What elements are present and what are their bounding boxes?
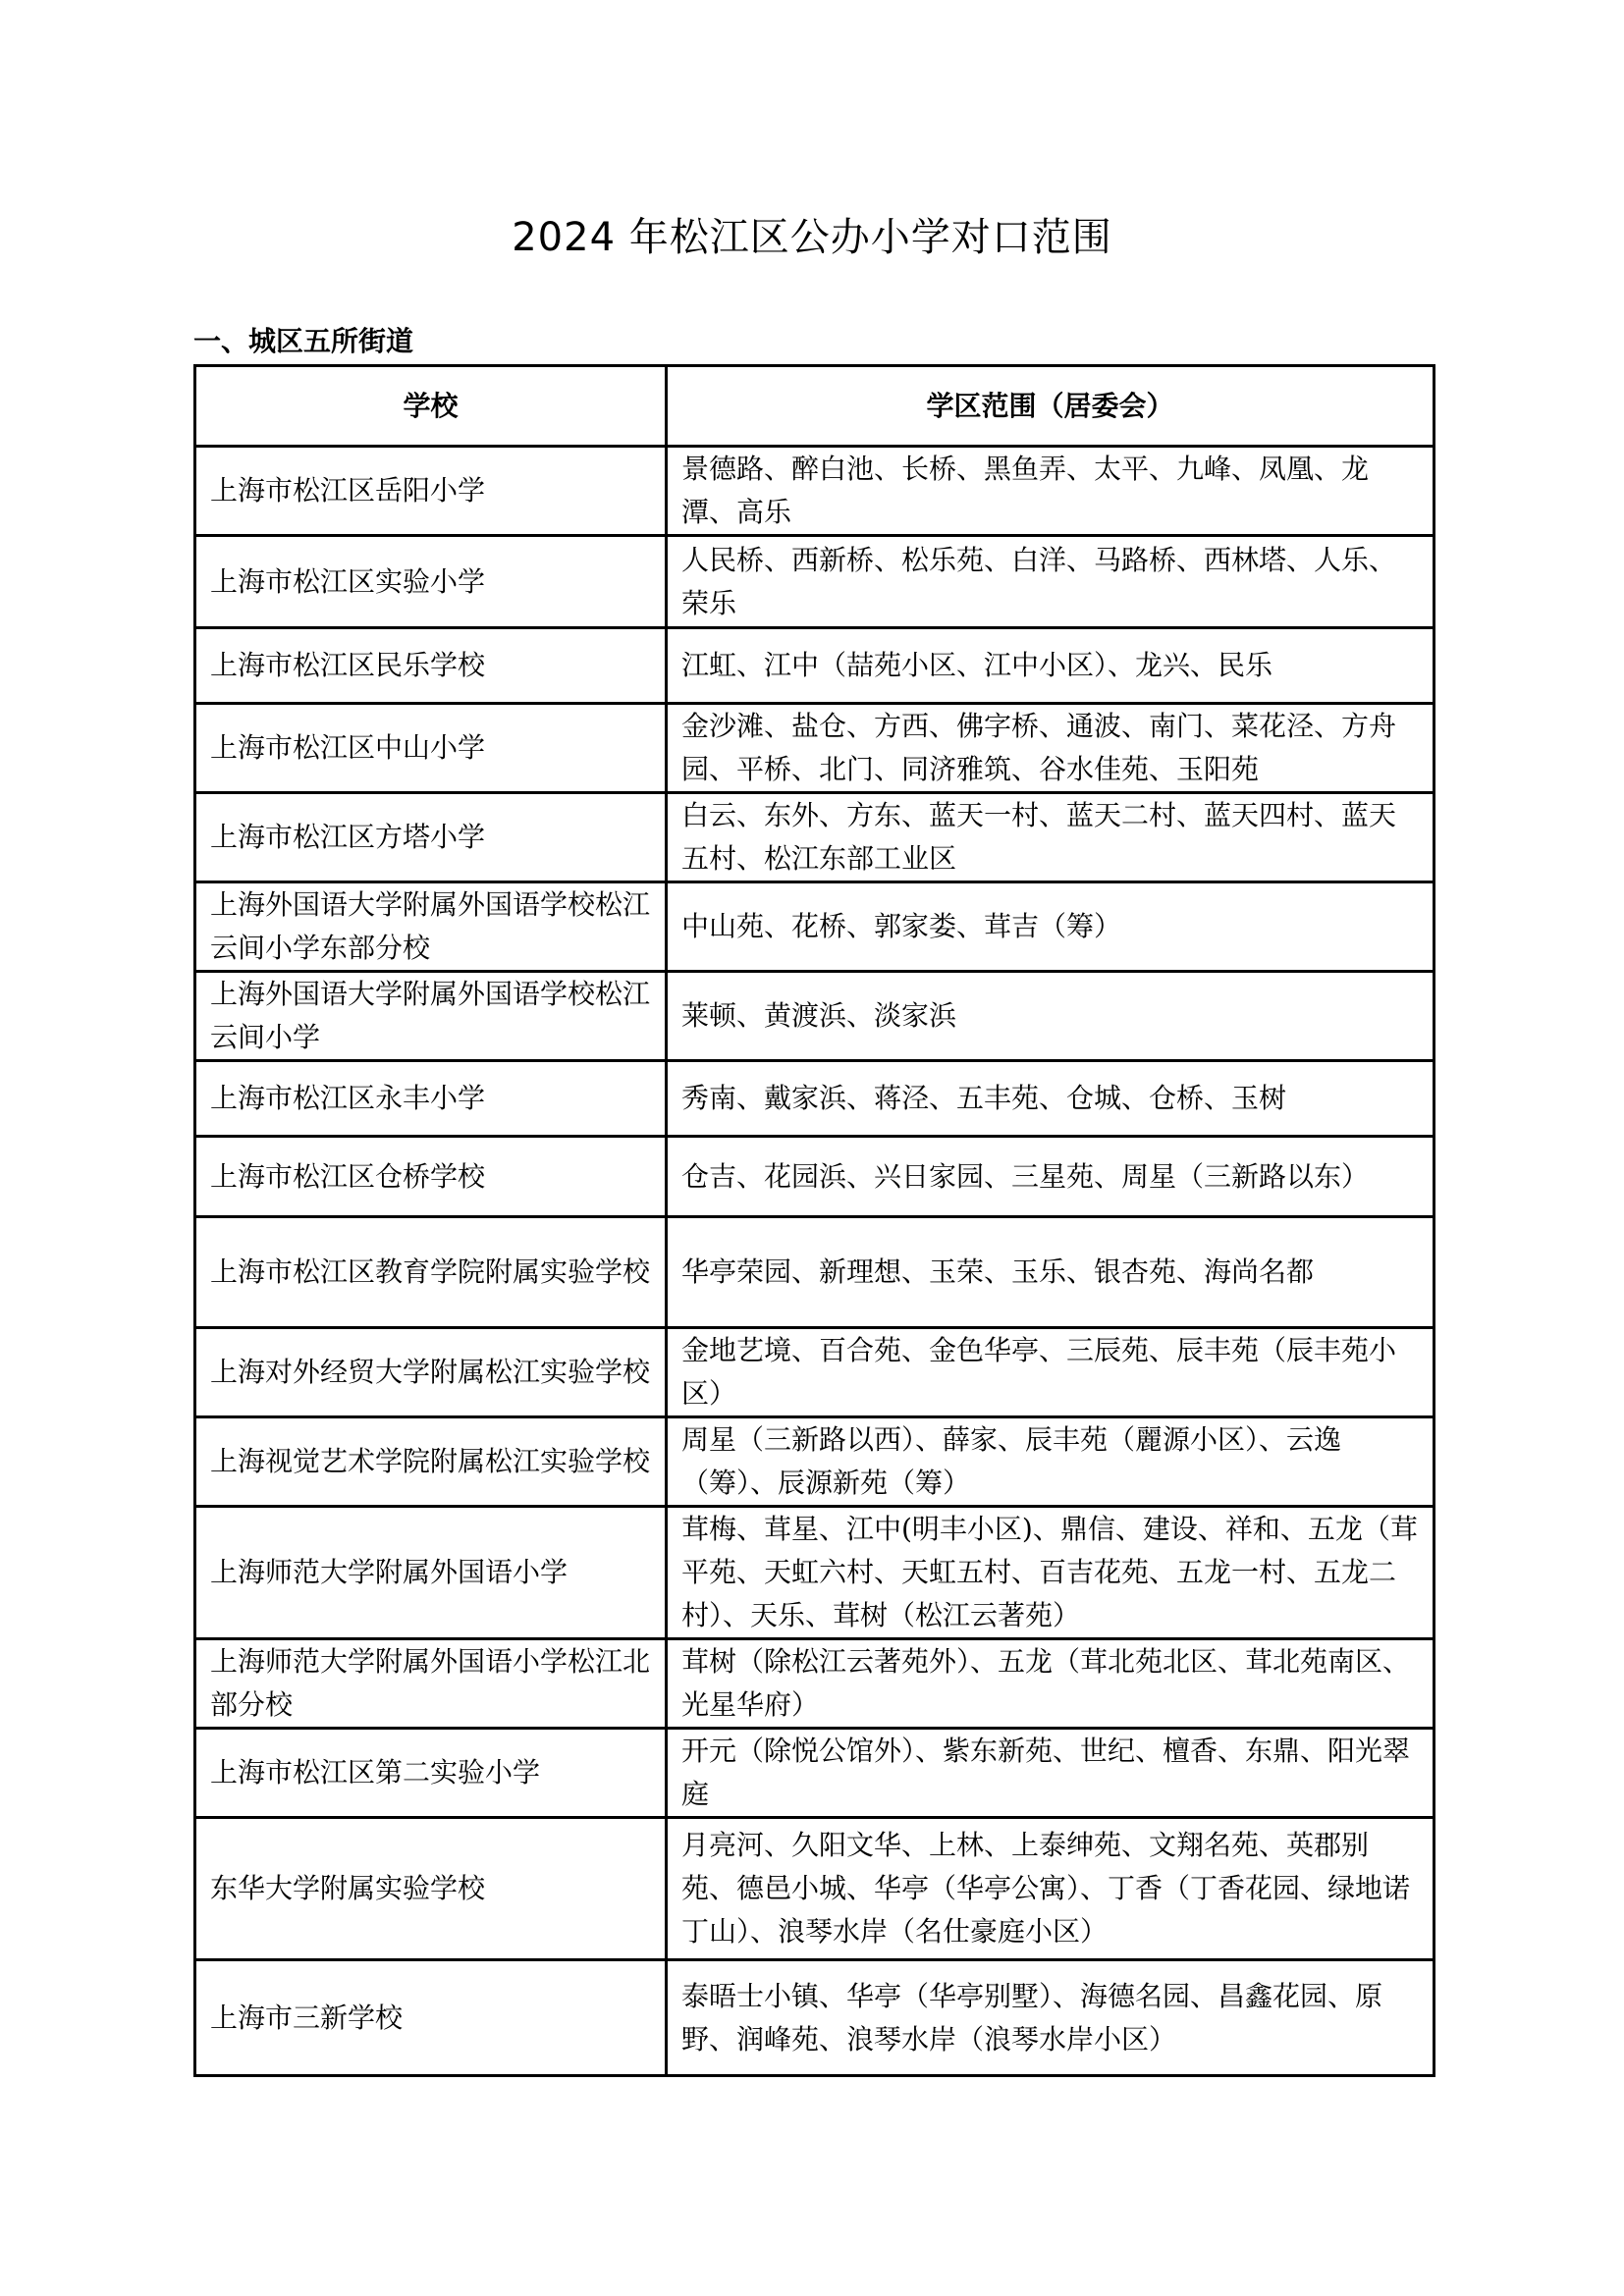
table-row: 上海师范大学附属外国语小学茸梅、茸星、江中(明丰小区)、鼎信、建设、祥和、五龙（… (195, 1507, 1435, 1639)
table-body: 上海市松江区岳阳小学景德路、醉白池、长桥、黑鱼弄、太平、九峰、凤凰、龙潭、高乐上… (195, 447, 1435, 2076)
school-name-cell: 上海对外经贸大学附属松江实验学校 (195, 1328, 667, 1417)
document-title: 2024 年松江区公办小学对口范围 (0, 211, 1624, 264)
school-name-cell: 上海市松江区方塔小学 (195, 793, 667, 882)
catchment-range-cell: 人民桥、西新桥、松乐苑、白洋、马路桥、西林塔、人乐、荣乐 (667, 536, 1435, 628)
table-header-row: 学校 学区范围（居委会） (195, 366, 1435, 447)
school-name-cell: 上海市松江区仓桥学校 (195, 1137, 667, 1217)
table-row: 东华大学附属实验学校月亮河、久阳文华、上林、上泰绅苑、文翔名苑、英郡别苑、德邑小… (195, 1818, 1435, 1960)
catchment-range-cell: 景德路、醉白池、长桥、黑鱼弄、太平、九峰、凤凰、龙潭、高乐 (667, 447, 1435, 536)
school-name-cell: 上海市松江区中山小学 (195, 704, 667, 793)
table-row: 上海外国语大学附属外国语学校松江云间小学东部分校中山苑、花桥、郭家娄、茸吉（筹） (195, 882, 1435, 972)
school-name-cell: 上海师范大学附属外国语小学松江北部分校 (195, 1639, 667, 1729)
table-row: 上海市松江区实验小学人民桥、西新桥、松乐苑、白洋、马路桥、西林塔、人乐、荣乐 (195, 536, 1435, 628)
school-name-cell: 东华大学附属实验学校 (195, 1818, 667, 1960)
school-name-cell: 上海市松江区永丰小学 (195, 1061, 667, 1137)
catchment-range-cell: 开元（除悦公馆外）、紫东新苑、世纪、檀香、东鼎、阳光翠庭 (667, 1729, 1435, 1818)
table-row: 上海市三新学校泰晤士小镇、华亭（华亭别墅）、海德名园、昌鑫花园、原野、润峰苑、浪… (195, 1960, 1435, 2076)
catchment-range-cell: 白云、东外、方东、蓝天一村、蓝天二村、蓝天四村、蓝天五村、松江东部工业区 (667, 793, 1435, 882)
table-row: 上海师范大学附属外国语小学松江北部分校茸树（除松江云著苑外）、五龙（茸北苑北区、… (195, 1639, 1435, 1729)
catchment-range-cell: 中山苑、花桥、郭家娄、茸吉（筹） (667, 882, 1435, 972)
catchment-range-cell: 泰晤士小镇、华亭（华亭别墅）、海德名园、昌鑫花园、原野、润峰苑、浪琴水岸（浪琴水… (667, 1960, 1435, 2076)
catchment-range-cell: 秀南、戴家浜、蒋泾、五丰苑、仓城、仓桥、玉树 (667, 1061, 1435, 1137)
catchment-range-cell: 仓吉、花园浜、兴日家园、三星苑、周星（三新路以东） (667, 1137, 1435, 1217)
table-row: 上海市松江区民乐学校江虹、江中（喆苑小区、江中小区）、龙兴、民乐 (195, 628, 1435, 704)
school-name-cell: 上海市松江区实验小学 (195, 536, 667, 628)
school-name-cell: 上海视觉艺术学院附属松江实验学校 (195, 1417, 667, 1507)
table-row: 上海市松江区教育学院附属实验学校华亭荣园、新理想、玉荣、玉乐、银杏苑、海尚名都 (195, 1217, 1435, 1328)
catchment-range-cell: 茸梅、茸星、江中(明丰小区)、鼎信、建设、祥和、五龙（茸平苑、天虹六村、天虹五村… (667, 1507, 1435, 1639)
table-row: 上海市松江区方塔小学白云、东外、方东、蓝天一村、蓝天二村、蓝天四村、蓝天五村、松… (195, 793, 1435, 882)
table-row: 上海市松江区永丰小学秀南、戴家浜、蒋泾、五丰苑、仓城、仓桥、玉树 (195, 1061, 1435, 1137)
school-name-cell: 上海市松江区教育学院附属实验学校 (195, 1217, 667, 1328)
table-row: 上海市松江区仓桥学校仓吉、花园浜、兴日家园、三星苑、周星（三新路以东） (195, 1137, 1435, 1217)
school-name-cell: 上海市松江区民乐学校 (195, 628, 667, 704)
table-row: 上海市松江区岳阳小学景德路、醉白池、长桥、黑鱼弄、太平、九峰、凤凰、龙潭、高乐 (195, 447, 1435, 536)
catchment-range-cell: 月亮河、久阳文华、上林、上泰绅苑、文翔名苑、英郡别苑、德邑小城、华亭（华亭公寓）… (667, 1818, 1435, 1960)
school-name-cell: 上海师范大学附属外国语小学 (195, 1507, 667, 1639)
column-header-range: 学区范围（居委会） (667, 366, 1435, 447)
school-catchment-table: 学校 学区范围（居委会） 上海市松江区岳阳小学景德路、醉白池、长桥、黑鱼弄、太平… (193, 364, 1435, 2077)
table-row: 上海对外经贸大学附属松江实验学校金地艺境、百合苑、金色华亭、三辰苑、辰丰苑（辰丰… (195, 1328, 1435, 1417)
catchment-range-cell: 华亭荣园、新理想、玉荣、玉乐、银杏苑、海尚名都 (667, 1217, 1435, 1328)
catchment-range-cell: 茸树（除松江云著苑外）、五龙（茸北苑北区、茸北苑南区、光星华府） (667, 1639, 1435, 1729)
table-row: 上海市松江区第二实验小学开元（除悦公馆外）、紫东新苑、世纪、檀香、东鼎、阳光翠庭 (195, 1729, 1435, 1818)
catchment-range-cell: 莱顿、黄渡浜、淡家浜 (667, 972, 1435, 1061)
column-header-school: 学校 (195, 366, 667, 447)
table-row: 上海市松江区中山小学金沙滩、盐仓、方西、佛字桥、通波、南门、菜花泾、方舟园、平桥… (195, 704, 1435, 793)
school-name-cell: 上海市松江区岳阳小学 (195, 447, 667, 536)
school-name-cell: 上海市松江区第二实验小学 (195, 1729, 667, 1818)
catchment-range-cell: 江虹、江中（喆苑小区、江中小区）、龙兴、民乐 (667, 628, 1435, 704)
catchment-range-cell: 金沙滩、盐仓、方西、佛字桥、通波、南门、菜花泾、方舟园、平桥、北门、同济雅筑、谷… (667, 704, 1435, 793)
catchment-range-cell: 金地艺境、百合苑、金色华亭、三辰苑、辰丰苑（辰丰苑小区） (667, 1328, 1435, 1417)
school-name-cell: 上海市三新学校 (195, 1960, 667, 2076)
table-row: 上海外国语大学附属外国语学校松江云间小学莱顿、黄渡浜、淡家浜 (195, 972, 1435, 1061)
school-name-cell: 上海外国语大学附属外国语学校松江云间小学 (195, 972, 667, 1061)
school-name-cell: 上海外国语大学附属外国语学校松江云间小学东部分校 (195, 882, 667, 972)
section-heading: 一、城区五所街道 (193, 324, 413, 359)
table-row: 上海视觉艺术学院附属松江实验学校周星（三新路以西）、薛家、辰丰苑（麗源小区）、云… (195, 1417, 1435, 1507)
catchment-range-cell: 周星（三新路以西）、薛家、辰丰苑（麗源小区）、云逸（筹）、辰源新苑（筹） (667, 1417, 1435, 1507)
